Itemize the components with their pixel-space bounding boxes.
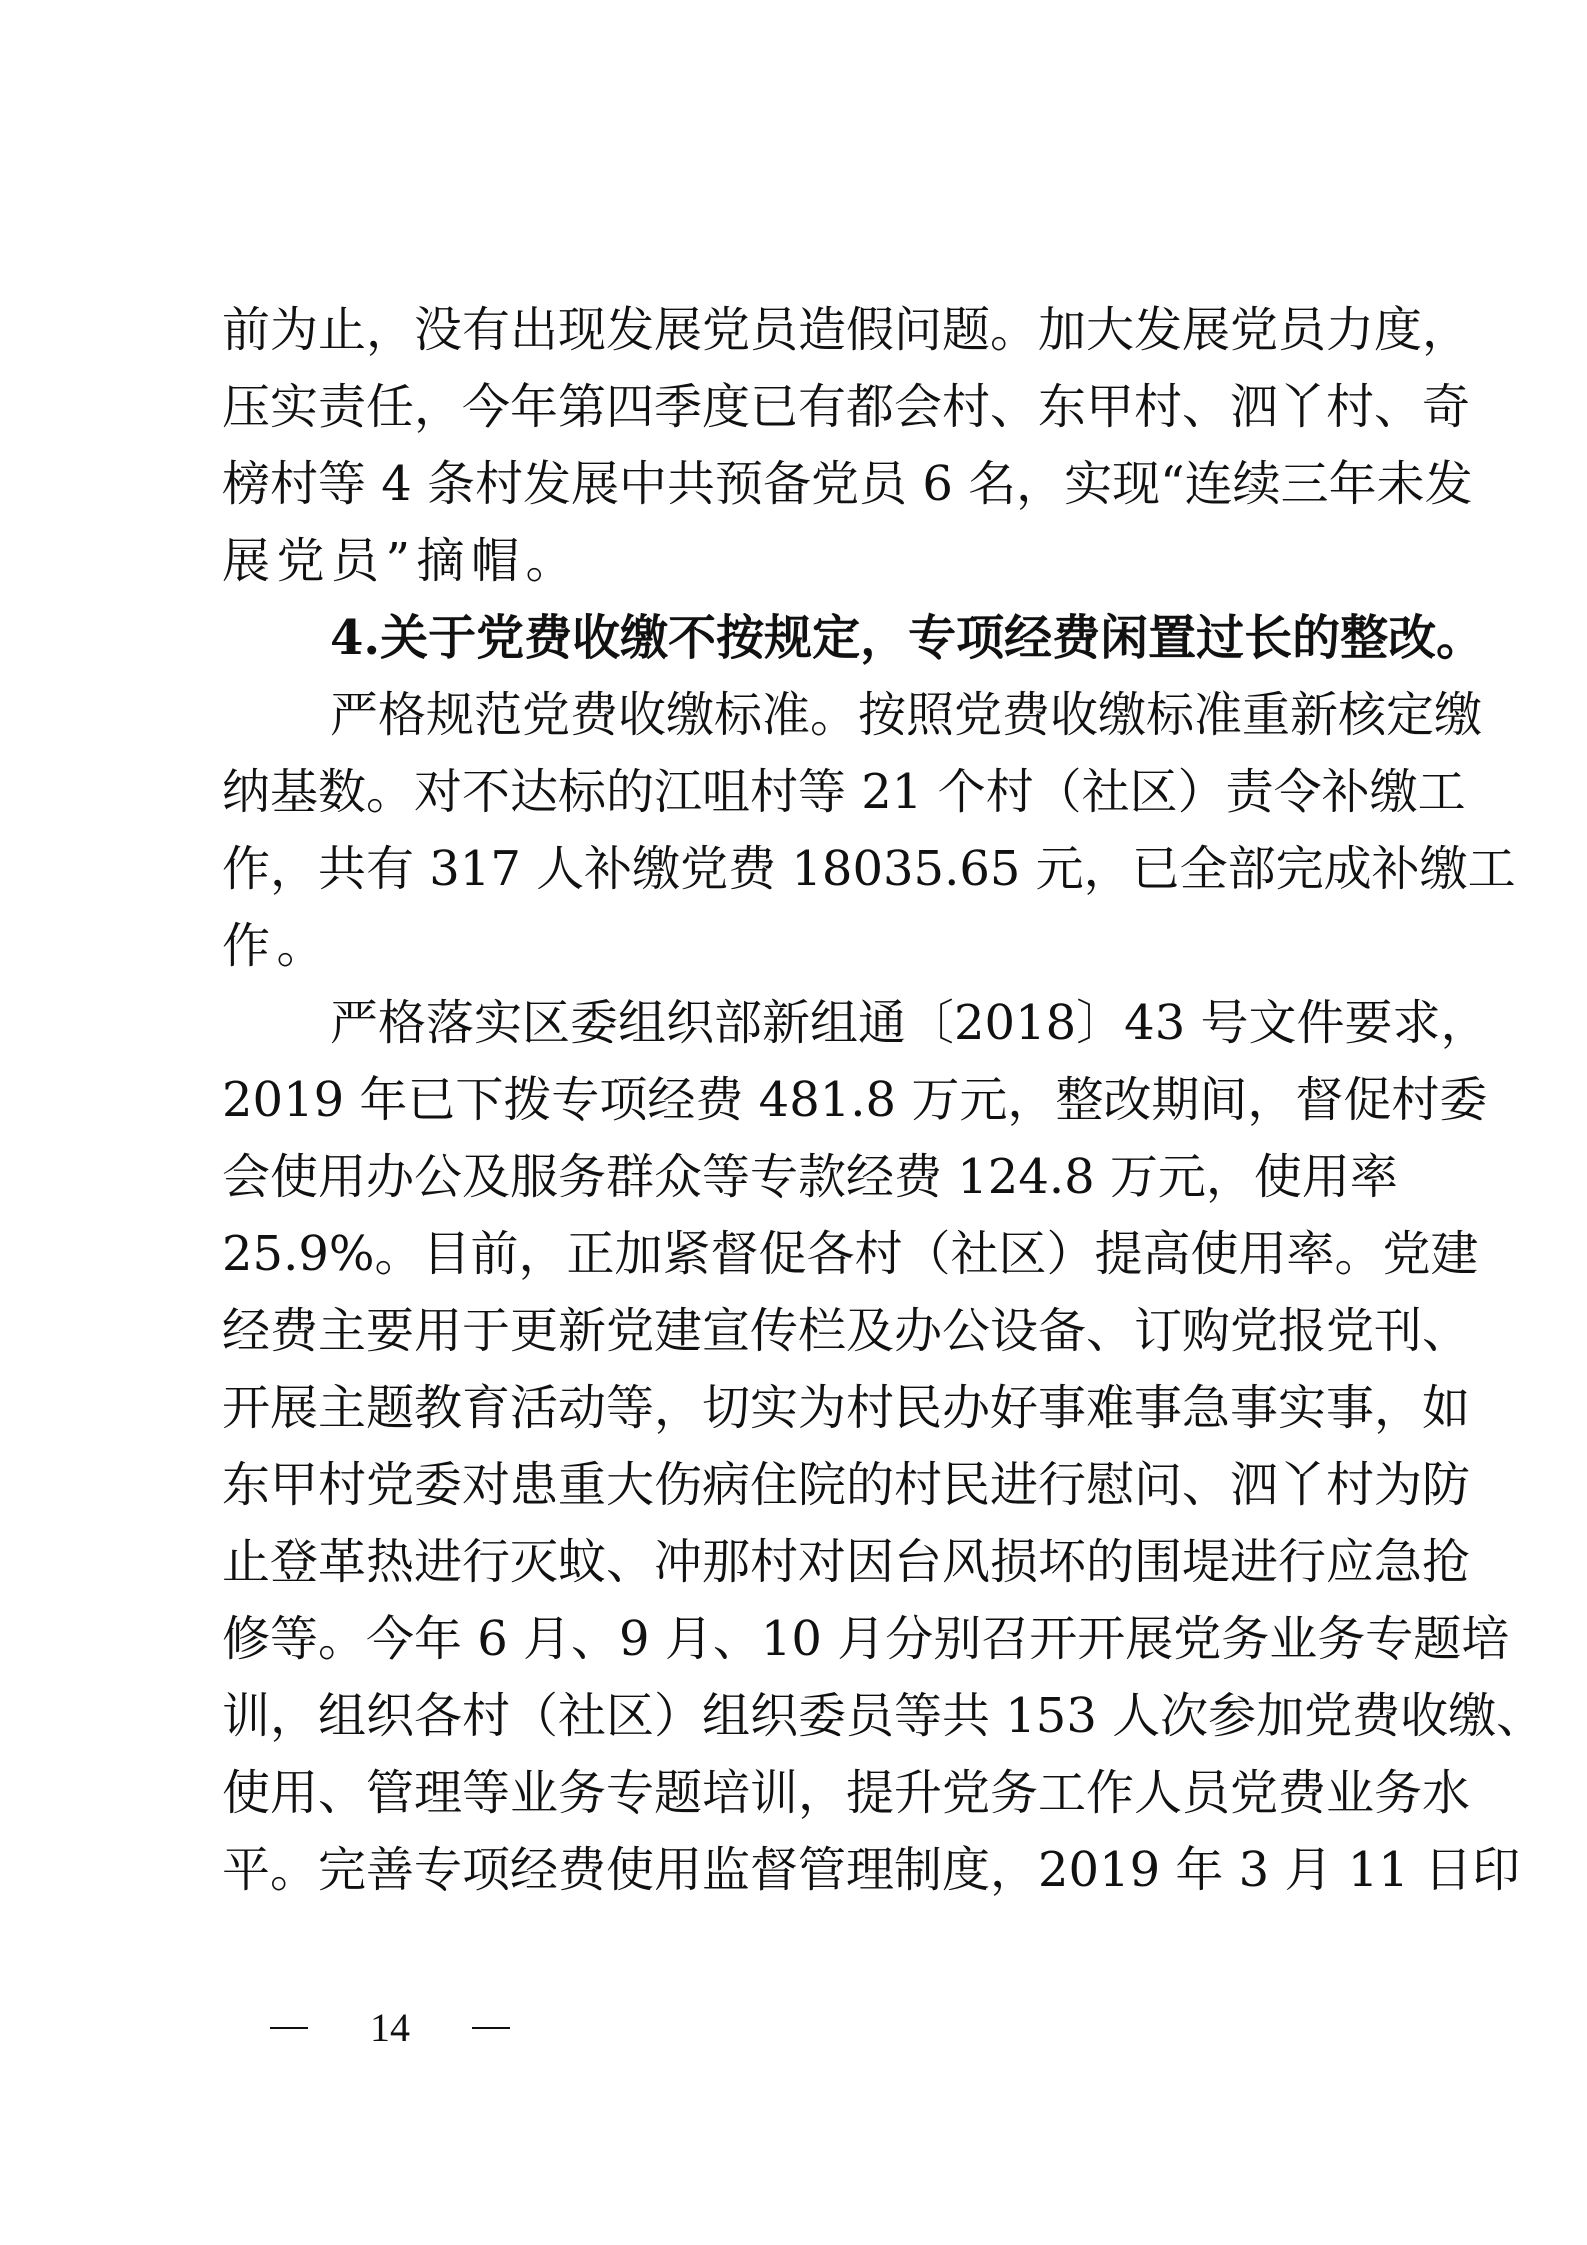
text-line: 训，组织各村（社区）组织委员等共 153 人次参加党费收缴、 [222, 1678, 1372, 1755]
text-line: 严格规范党费收缴标准。按照党费收缴标准重新核定缴 [222, 677, 1372, 754]
text-line: 使用、管理等业务专题培训，提升党务工作人员党费业务水 [222, 1755, 1372, 1832]
text-line: 止登革热进行灭蚊、冲那村对因台风损坏的围堤进行应急抢 [222, 1524, 1372, 1601]
text-line: 会使用办公及服务群众等专款经费 124.8 万元，使用率 [222, 1139, 1372, 1216]
text-line: 平。完善专项经费使用监督管理制度，2019 年 3 月 11 日印 [222, 1832, 1372, 1909]
text-line: 压实责任，今年第四季度已有都会村、东甲村、泗丫村、奇 [222, 369, 1372, 446]
text-line: 2019 年已下拨专项经费 481.8 万元，整改期间，督促村委 [222, 1062, 1372, 1139]
dash-right [472, 2027, 510, 2029]
text-line: 榜村等 4 条村发展中共预备党员 6 名，实现“连续三年未发 [222, 446, 1372, 523]
text-line: 25.9%。目前，正加紧督促各村（社区）提高使用率。党建 [222, 1216, 1372, 1293]
document-body: 前为止，没有出现发展党员造假问题。加大发展党员力度， 压实责任，今年第四季度已有… [222, 292, 1372, 1909]
text-line: 展党员”摘帽。 [222, 523, 1372, 600]
text-line: 东甲村党委对患重大伤病住院的村民进行慰问、泗丫村为防 [222, 1447, 1372, 1524]
text-line: 前为止，没有出现发展党员造假问题。加大发展党员力度， [222, 292, 1372, 369]
text-line: 作。 [222, 908, 1372, 985]
section-heading: 4.关于党费收缴不按规定，专项经费闲置过长的整改。 [222, 600, 1372, 677]
text-line: 经费主要用于更新党建宣传栏及办公设备、订购党报党刊、 [222, 1293, 1372, 1370]
dash-left [270, 2027, 308, 2029]
text-line: 开展主题教育活动等，切实为村民办好事难事急事实事，如 [222, 1370, 1372, 1447]
text-line: 修等。今年 6 月、9 月、10 月分别召开开展党务业务专题培 [222, 1601, 1372, 1678]
page-number-value: 14 [370, 1998, 410, 2058]
text-line: 严格落实区委组织部新组通〔2018〕43 号文件要求， [222, 985, 1372, 1062]
text-line: 纳基数。对不达标的江咀村等 21 个村（社区）责令补缴工 [222, 754, 1372, 831]
page-number: 14 [270, 1998, 510, 2058]
text-line: 作，共有 317 人补缴党费 18035.65 元，已全部完成补缴工 [222, 831, 1372, 908]
document-page: 前为止，没有出现发展党员造假问题。加大发展党员力度， 压实责任，今年第四季度已有… [0, 0, 1587, 2245]
